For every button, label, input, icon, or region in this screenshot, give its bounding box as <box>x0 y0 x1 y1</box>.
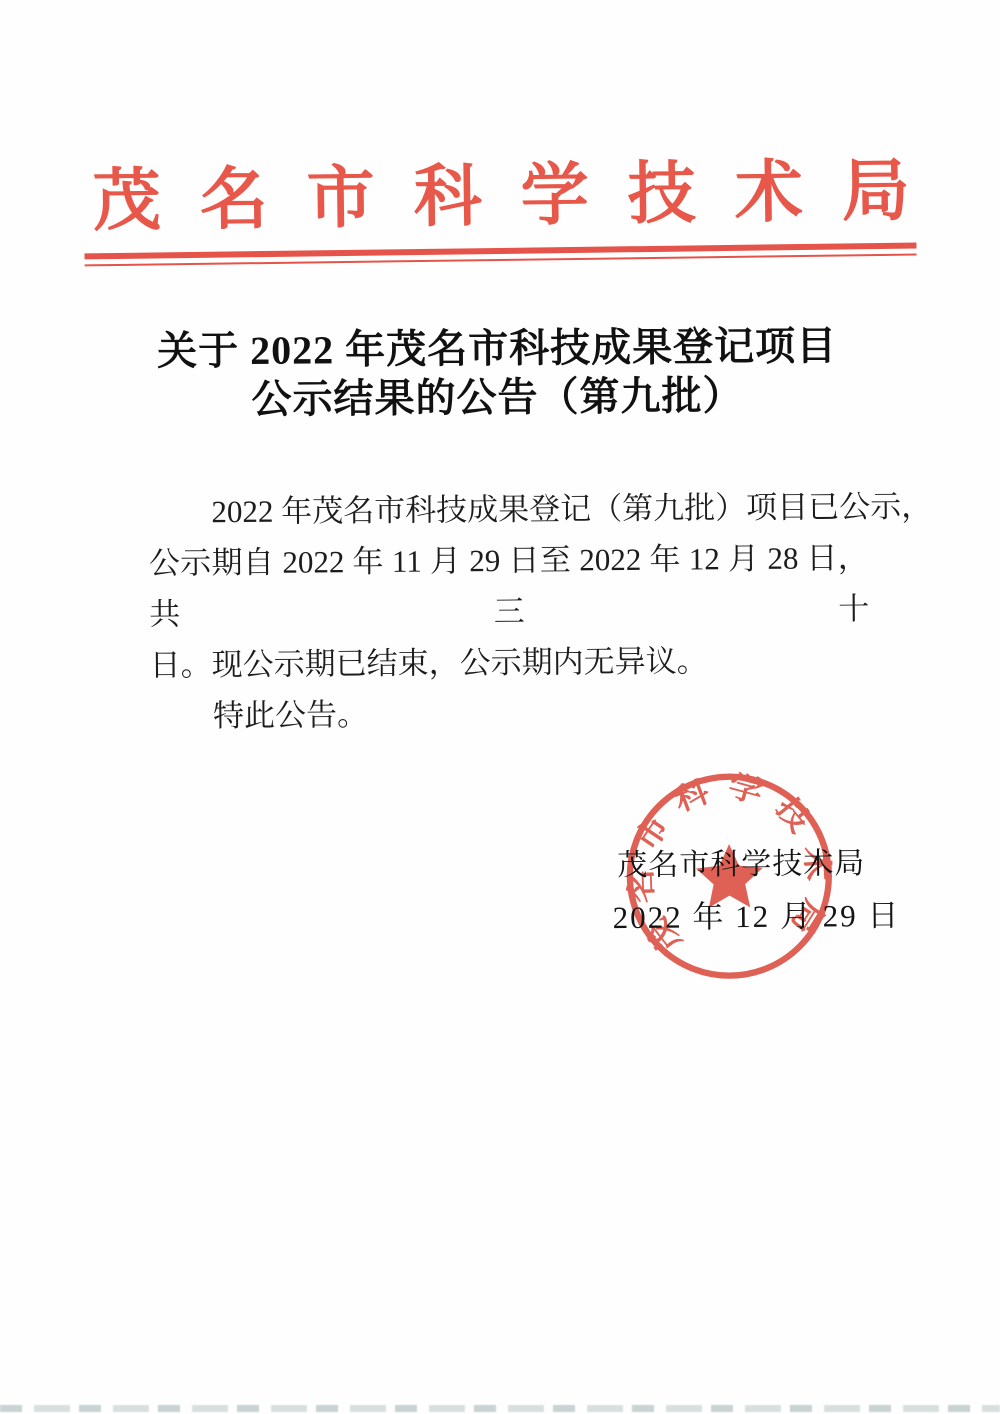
scan-edge-artifact <box>0 1405 1000 1412</box>
body-paragraph-line3: 日。现公示期已结束，公示期内无异议。 <box>149 634 869 691</box>
letterhead: 茂名市科学技术局 <box>0 0 994 87</box>
body-paragraph: 2022 年茂名市科技成果登记（第九批）项目已公示， 公示期自 2022 年 1… <box>148 481 870 691</box>
document-title-line2: 公示结果的公告（第九批） <box>0 369 998 426</box>
scanned-document-page: 茂名市科学技术局 关于 2022 年茂名市科技成果登记项目 公示结果的公告（第九… <box>0 0 1000 1414</box>
document-title-line1: 关于 2022 年茂名市科技成果登记项目 <box>0 320 997 377</box>
signature-date: 2022 年 12 月 29 日 <box>612 890 900 937</box>
scan-tilt-wrapper: 茂名市科学技术局 关于 2022 年茂名市科技成果登记项目 公示结果的公告（第九… <box>0 0 1000 1414</box>
signature-org-name: 茂名市科学技术局 <box>617 838 865 884</box>
body-paragraph-line2: 公示期自 2022 年 11 月 29 日至 2022 年 12 月 28 日，… <box>149 532 870 640</box>
letterhead-org-name: 茂名市科学技术局 <box>20 149 1000 242</box>
document-title: 关于 2022 年茂名市科技成果登记项目 公示结果的公告（第九批） <box>0 320 998 426</box>
body-paragraph-line1: 2022 年茂名市科技成果登记（第九批）项目已公示， <box>148 481 868 538</box>
closing-statement: 特此公告。 <box>150 685 870 742</box>
